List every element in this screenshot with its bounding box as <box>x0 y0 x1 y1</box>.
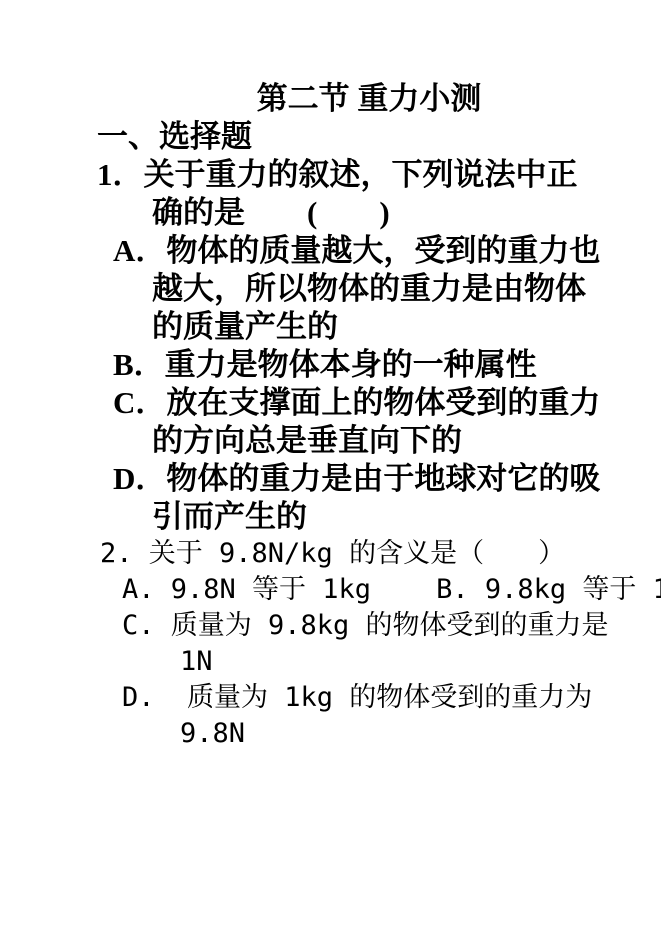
question-2-option-c-line-1: C. 质量为 9.8kg 的物体受到的重力是 <box>0 608 661 644</box>
question-1-option-b: B．重力是物体本身的一种属性 <box>0 346 661 384</box>
question-2-options-a-b: A. 9.8N 等于 1kg B. 9.8kg 等于 1N <box>0 572 661 608</box>
question-1-option-d-line-2: 引而产生的 <box>0 498 661 536</box>
question-1-option-c-line-1: C．放在支撑面上的物体受到的重力 <box>0 384 661 422</box>
question-1-stem-line-1: 1．关于重力的叙述，下列说法中正 <box>0 156 661 194</box>
question-1-option-a-line-1: A．物体的质量越大，受到的重力也 <box>0 232 661 270</box>
question-2-stem: 2. 关于 9.8N/kg 的含义是（ ） <box>0 536 661 572</box>
page-title: 第二节 重力小测 <box>0 80 661 118</box>
question-1-option-d-line-1: D．物体的重力是由于地球对它的吸 <box>0 460 661 498</box>
question-1-option-c-line-2: 的方向总是垂直向下的 <box>0 422 661 460</box>
question-1-option-a-line-2: 越大，所以物体的重力是由物体 <box>0 270 661 308</box>
question-1-option-a-line-3: 的质量产生的 <box>0 308 661 346</box>
question-1-stem-line-2: 确的是 ( ) <box>0 194 661 232</box>
section-heading: 一、选择题 <box>0 118 661 156</box>
question-2-option-d-line-2: 9.8N <box>0 716 661 752</box>
document-page: 第二节 重力小测 一、选择题 1．关于重力的叙述，下列说法中正 确的是 ( ) … <box>0 0 661 935</box>
question-2-option-d-line-1: D. 质量为 1kg 的物体受到的重力为 <box>0 680 661 716</box>
question-2-option-c-line-2: 1N <box>0 644 661 680</box>
